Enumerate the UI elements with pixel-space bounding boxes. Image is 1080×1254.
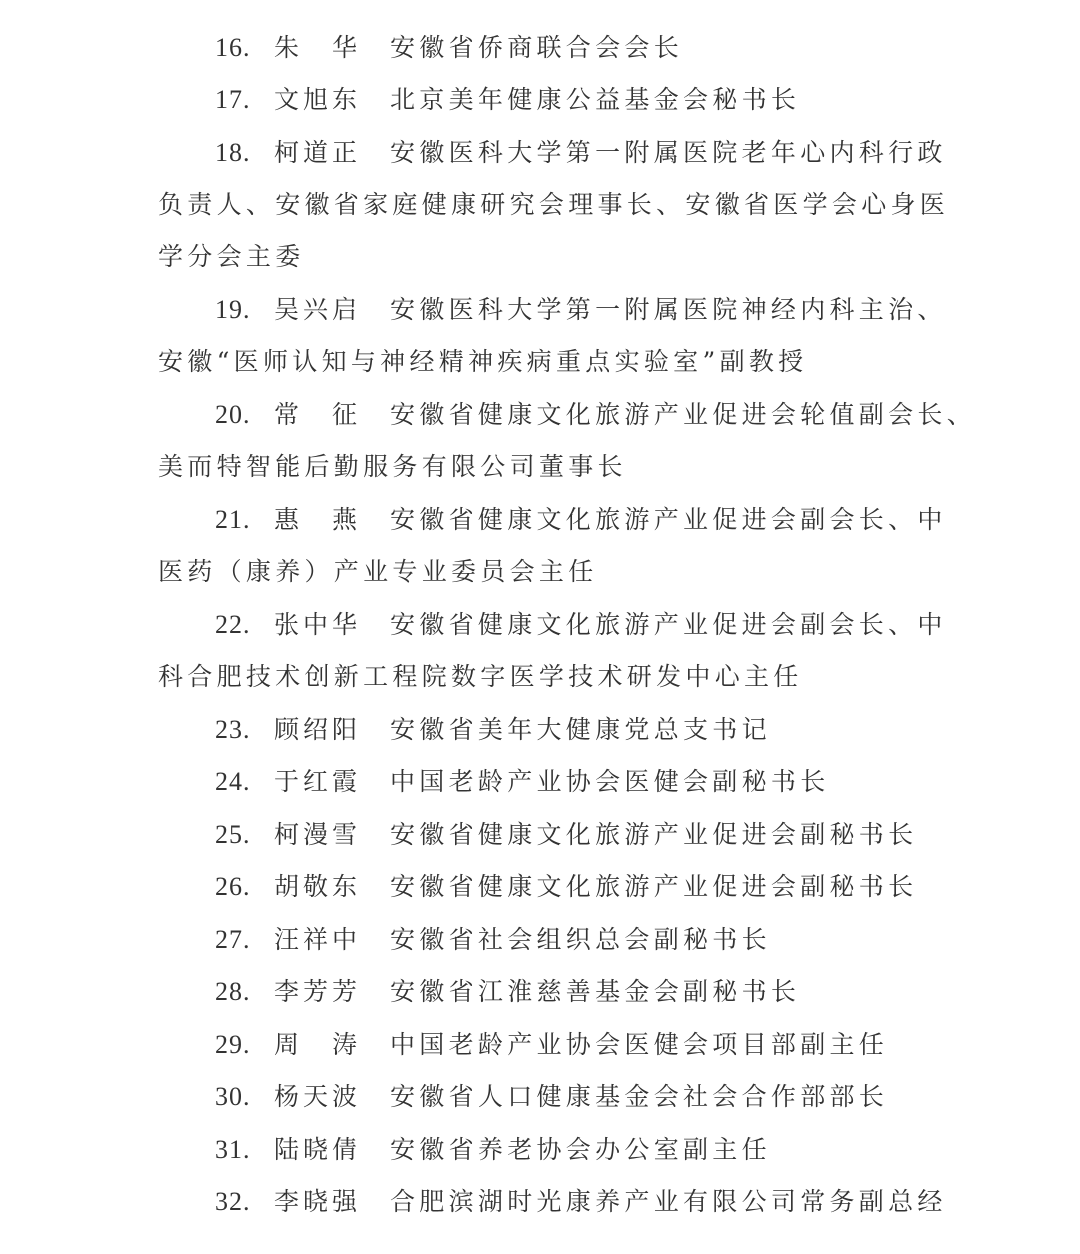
entry-number: 16.: [215, 28, 251, 68]
entry-number: 17.: [215, 80, 251, 120]
entry-name: 周涛: [274, 1025, 299, 1065]
entry-title: 合肥滨湖时光康养产业有限公司常务副总经: [390, 1182, 947, 1222]
entry-title: 中国老龄产业协会医健会副秘书长: [390, 762, 830, 802]
entry-title: 安徽省美年大健康党总支书记: [390, 710, 771, 750]
entry-title: 安徽省侨商联合会会长: [390, 28, 683, 68]
entry-title: 安徽医科大学第一附属医院老年心内科行政: [390, 133, 947, 173]
entry-number: 32.: [215, 1182, 251, 1222]
entry-number: 21.: [215, 500, 251, 540]
entry-number: 23.: [215, 710, 251, 750]
entry-title: 安徽医科大学第一附属医院神经内科主治、: [390, 290, 947, 330]
entry-name: 吴兴启: [274, 290, 361, 330]
entry-title: 安徽省健康文化旅游产业促进会副秘书长: [390, 867, 917, 907]
entry-title: 安徽省健康文化旅游产业促进会副秘书长: [390, 815, 917, 855]
entry-number: 25.: [215, 815, 251, 855]
entry-title: 安徽省社会组织总会副秘书长: [390, 920, 771, 960]
entry-number: 30.: [215, 1077, 251, 1117]
entry-title-continuation: 安徽“医师认知与神经精神疾病重点实验室”副教授: [158, 342, 807, 382]
document-page: 16. 朱华 安徽省侨商联合会会长 17. 文旭东 北京美年健康公益基金会秘书长…: [0, 0, 1080, 1254]
entry-number: 22.: [215, 605, 251, 645]
entry-name: 张中华: [274, 605, 361, 645]
entry-number: 31.: [215, 1130, 251, 1170]
entry-name: 顾绍阳: [274, 710, 361, 750]
entry-name: 陆晓倩: [274, 1130, 361, 1170]
entry-name: 常征: [274, 395, 299, 435]
entry-number: 18.: [215, 133, 251, 173]
entry-name: 李晓强: [274, 1182, 361, 1222]
entry-name: 柯道正: [274, 133, 361, 173]
entry-title-continuation: 负责人、安徽省家庭健康研究会理事长、安徽省医学会心身医: [158, 185, 949, 225]
entry-name: 柯漫雪: [274, 815, 361, 855]
entry-title: 安徽省健康文化旅游产业促进会副会长、中: [390, 605, 947, 645]
entry-title-continuation: 科合肥技术创新工程院数字医学技术研发中心主任: [158, 657, 803, 697]
entry-title-continuation: 学分会主委: [158, 237, 305, 277]
entry-title: 中国老龄产业协会医健会项目部副主任: [390, 1025, 888, 1065]
entry-name: 朱华: [274, 28, 299, 68]
entry-name: 胡敬东: [274, 867, 361, 907]
entry-number: 27.: [215, 920, 251, 960]
entry-title: 安徽省人口健康基金会社会合作部部长: [390, 1077, 888, 1117]
entry-number: 20.: [215, 395, 251, 435]
entry-name: 文旭东: [274, 80, 361, 120]
entry-title-continuation: 美而特智能后勤服务有限公司董事长: [158, 447, 627, 487]
entry-title: 安徽省江淮慈善基金会副秘书长: [390, 972, 800, 1012]
entry-number: 29.: [215, 1025, 251, 1065]
entry-number: 28.: [215, 972, 251, 1012]
entry-title: 安徽省养老协会办公室副主任: [390, 1130, 771, 1170]
entry-name: 杨天波: [274, 1077, 361, 1117]
entry-title: 北京美年健康公益基金会秘书长: [390, 80, 800, 120]
entry-name: 李芳芳: [274, 972, 361, 1012]
entry-name: 惠燕: [274, 500, 299, 540]
entry-name: 汪祥中: [274, 920, 361, 960]
entry-title: 安徽省健康文化旅游产业促进会轮值副会长、: [390, 395, 976, 435]
entry-title: 安徽省健康文化旅游产业促进会副会长、中: [390, 500, 947, 540]
entry-number: 24.: [215, 762, 251, 802]
entry-title-continuation: 医药（康养）产业专业委员会主任: [158, 552, 598, 592]
entry-number: 26.: [215, 867, 251, 907]
entry-name: 于红霞: [274, 762, 361, 802]
entry-number: 19.: [215, 290, 251, 330]
